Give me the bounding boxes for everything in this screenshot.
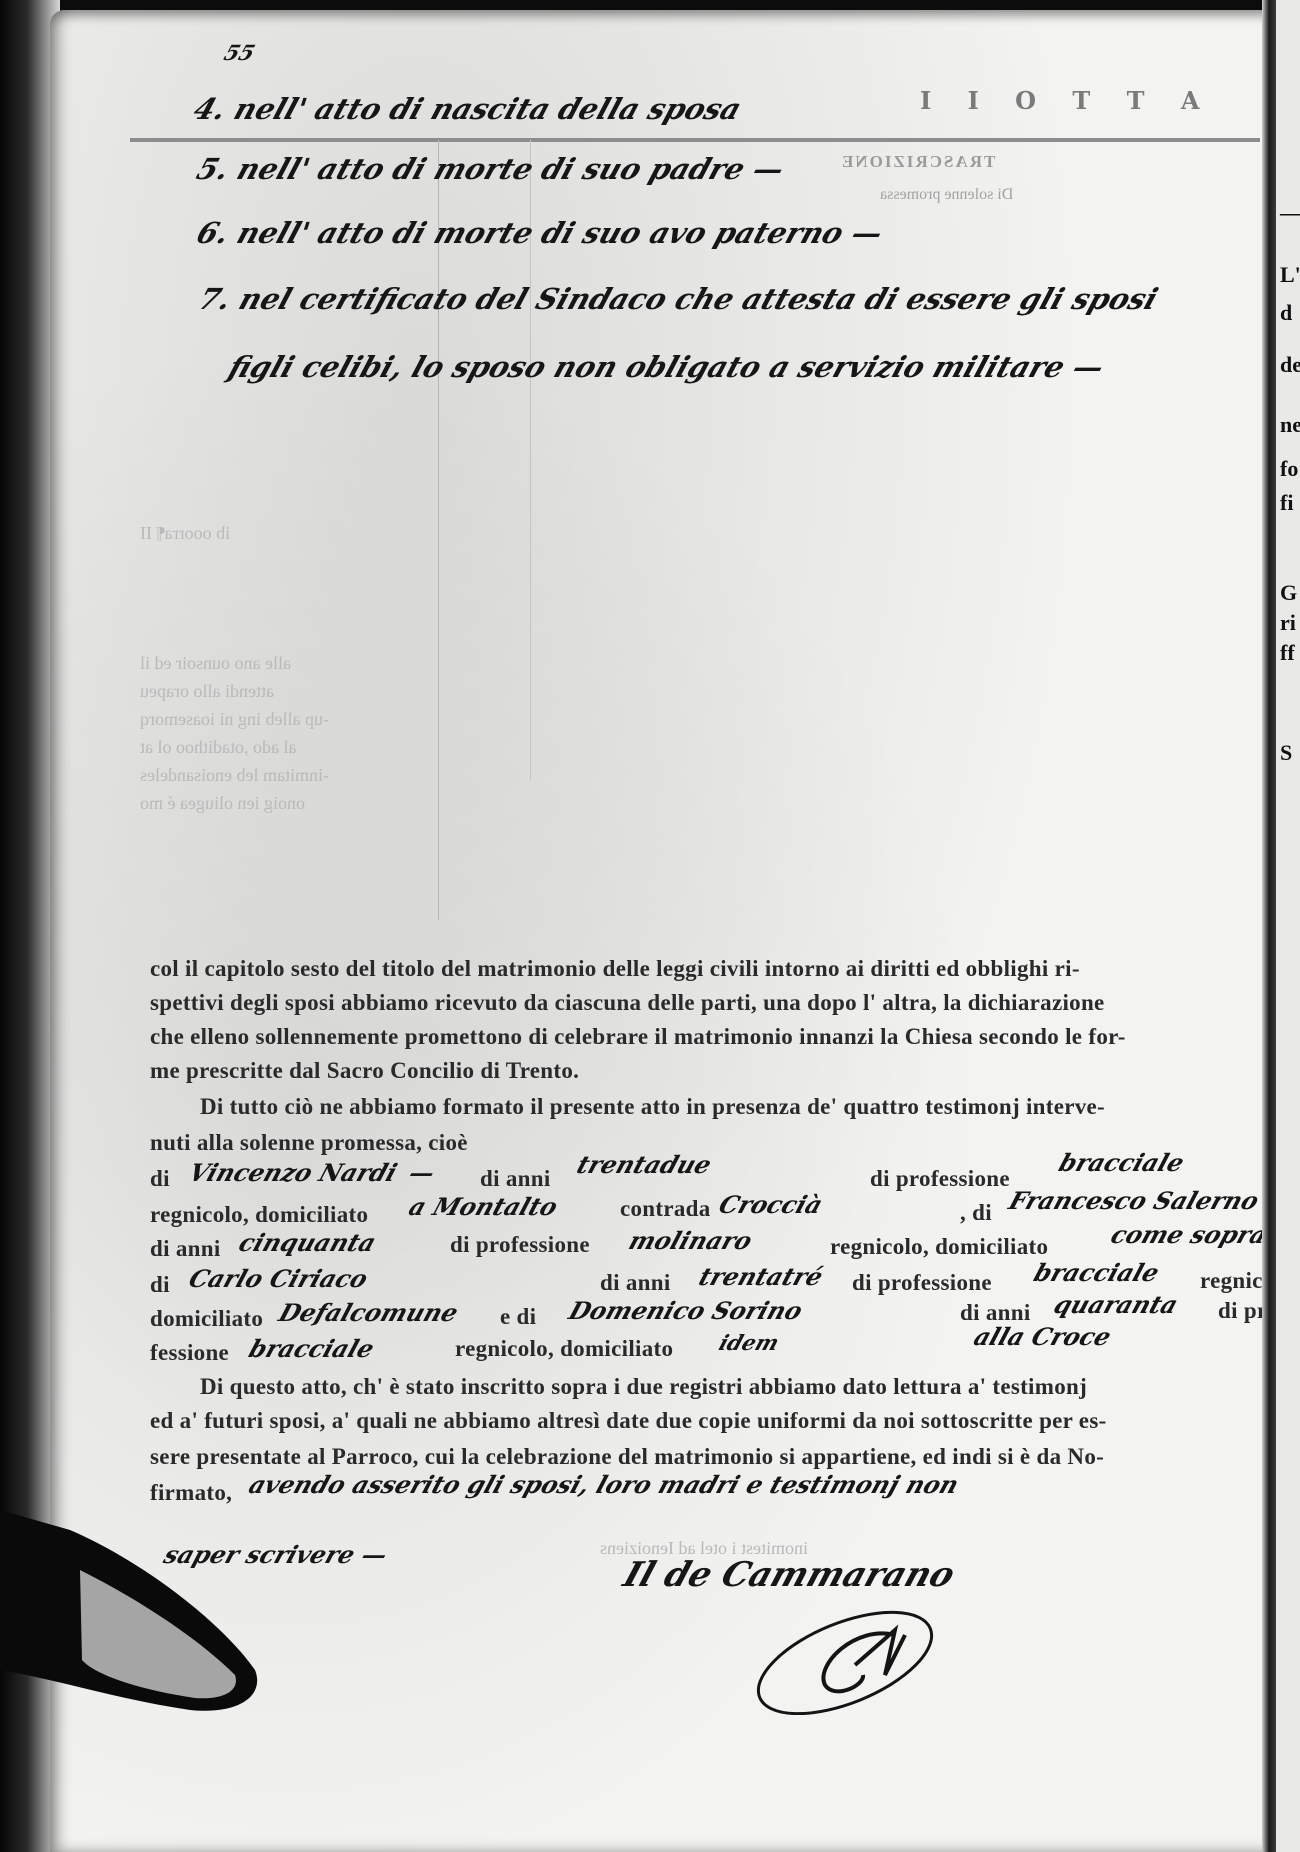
witness-2-profession: molinaro — [625, 1226, 756, 1255]
printed-line: Di tutto ciò ne abbiamo formato il prese… — [200, 1094, 1105, 1120]
column-divider — [438, 140, 439, 920]
bleed-through-text: al ado ,otadithoo ol at — [140, 734, 296, 760]
fragment: ff — [1280, 640, 1295, 666]
label-di: , di — [960, 1200, 992, 1226]
fragment: de — [1280, 352, 1300, 378]
label-di-anni: di anni — [600, 1270, 671, 1296]
label-fessione: fessione — [150, 1340, 229, 1366]
witness-2-age: cinquanta — [235, 1228, 379, 1257]
witness-4-domicile: idem — [716, 1330, 782, 1355]
fragment: fi — [1280, 490, 1293, 516]
signature-paraph-icon — [745, 1605, 945, 1715]
label-e-di: e di — [500, 1304, 536, 1330]
label-di-professione: di professione — [852, 1270, 992, 1296]
handwritten-item-6: 6. nell' atto di morte di suo avo patern… — [192, 216, 887, 250]
closing-line: Di questo atto, ch' è stato inscritto so… — [200, 1374, 1087, 1400]
label-regnicolo-domiciliato: regnicolo, domiciliato — [150, 1202, 368, 1228]
label-di: di — [150, 1166, 170, 1192]
label-di-anni: di anni — [480, 1166, 551, 1192]
form-subtitle-mirrored: TRASCRIZIONE — [840, 152, 995, 172]
handwritten-item-7-continued: figli celibi, lo sposo non obligato a se… — [224, 350, 1108, 384]
header-rule — [130, 138, 1260, 142]
printed-line: che elleno sollennemente promettono di c… — [150, 1024, 1126, 1050]
handwritten-item-7: 7. nel certificato del Sindaco che attes… — [194, 282, 1162, 316]
bleed-through-text: attendi allo orapeu — [140, 678, 274, 704]
closing-line: firmato, — [150, 1480, 232, 1506]
bleed-through-text: -inmitam leb enoisandeles — [140, 762, 329, 788]
label-domiciliato: domiciliato — [150, 1306, 263, 1332]
witness-1-name: Vincenzo Nardi — [185, 1158, 401, 1187]
form-subtitle2-mirrored: Di solenne promessa — [880, 186, 1013, 204]
closing-handwritten: avendo asserito gli sposi, loro madri e … — [245, 1470, 962, 1499]
printed-line: spettivi degli sposi abbiamo ricevuto da… — [150, 990, 1105, 1016]
closing-line: ed a' futuri sposi, a' quali ne abbiamo … — [150, 1408, 1107, 1434]
witness-4-age: quaranta — [1050, 1290, 1181, 1319]
fragment: G — [1280, 580, 1297, 606]
witness-1-profession: bracciale — [1055, 1148, 1188, 1177]
label-regnicolo-domiciliato: regnicolo, domiciliato — [830, 1234, 1048, 1260]
label-di-professione: di professione — [450, 1232, 590, 1258]
witness-1-street: Croccià — [715, 1190, 826, 1219]
page-edge — [1262, 0, 1276, 1852]
witness-1-age: trentadue — [573, 1150, 715, 1179]
fragment: ri — [1280, 610, 1296, 636]
fragment: — — [1280, 200, 1300, 226]
witness-3-profession: bracciale — [1030, 1258, 1163, 1287]
witness-4-street: alla Croce — [970, 1322, 1115, 1351]
label-regnicolo-domiciliato: regnicolo, domiciliato — [455, 1336, 673, 1362]
printed-line: nuti alla solenne promessa, cioè — [150, 1130, 468, 1156]
label-di-professione: di professione — [870, 1166, 1010, 1192]
witness-4-profession: bracciale — [245, 1334, 378, 1363]
bleed-through-text: onoig ien oliugea é mo — [140, 790, 305, 816]
fragment: S — [1280, 740, 1292, 766]
fragment: fo — [1280, 456, 1298, 482]
handwritten-item-4: 4. nell' atto di nascita della sposa — [189, 92, 745, 126]
witness-3-domicile: Defalcomune — [275, 1298, 462, 1327]
witness-2-name: Francesco Salerno — [1005, 1186, 1262, 1215]
witness-2-domicile: come sopra — [1107, 1220, 1271, 1249]
handwritten-item-5: 5. nell' atto di morte di suo padre — — [192, 152, 788, 186]
fragment: d — [1280, 300, 1292, 326]
fragment: L' — [1280, 262, 1300, 288]
witness-3-age: trentatré — [695, 1262, 827, 1291]
facing-page-fragment: — L' d de ne fo fi G ri ff S — [1276, 0, 1300, 1852]
label-di-anni: di anni — [150, 1236, 221, 1262]
witness-4-name: Domenico Sorino — [565, 1296, 806, 1325]
label-contrada: contrada — [620, 1196, 711, 1222]
bleed-through-text: ib ooorra¶ II — [140, 520, 230, 546]
form-title: I I O T T A — [920, 86, 1213, 115]
printed-line: me prescritte dal Sacro Concilio di Tren… — [150, 1058, 579, 1084]
officer-signature: Il de Cammarano — [619, 1555, 960, 1595]
fragment: ne — [1280, 412, 1300, 438]
witness-3-name: Carlo Ciriaco — [185, 1264, 371, 1293]
closing-line: sere presentate al Parroco, cui la celeb… — [150, 1444, 1104, 1470]
bleed-through-text: -up alleb ing ni ioasemorq — [140, 706, 329, 732]
printed-line: col il capitolo sesto del titolo del mat… — [150, 956, 1080, 982]
label-di: di — [150, 1272, 170, 1298]
thumb-holding-page-icon — [0, 1510, 260, 1750]
witness-1-domicile: a Montalto — [405, 1192, 561, 1221]
bleed-through-text: alle ano ounsoir ed il — [140, 650, 291, 676]
